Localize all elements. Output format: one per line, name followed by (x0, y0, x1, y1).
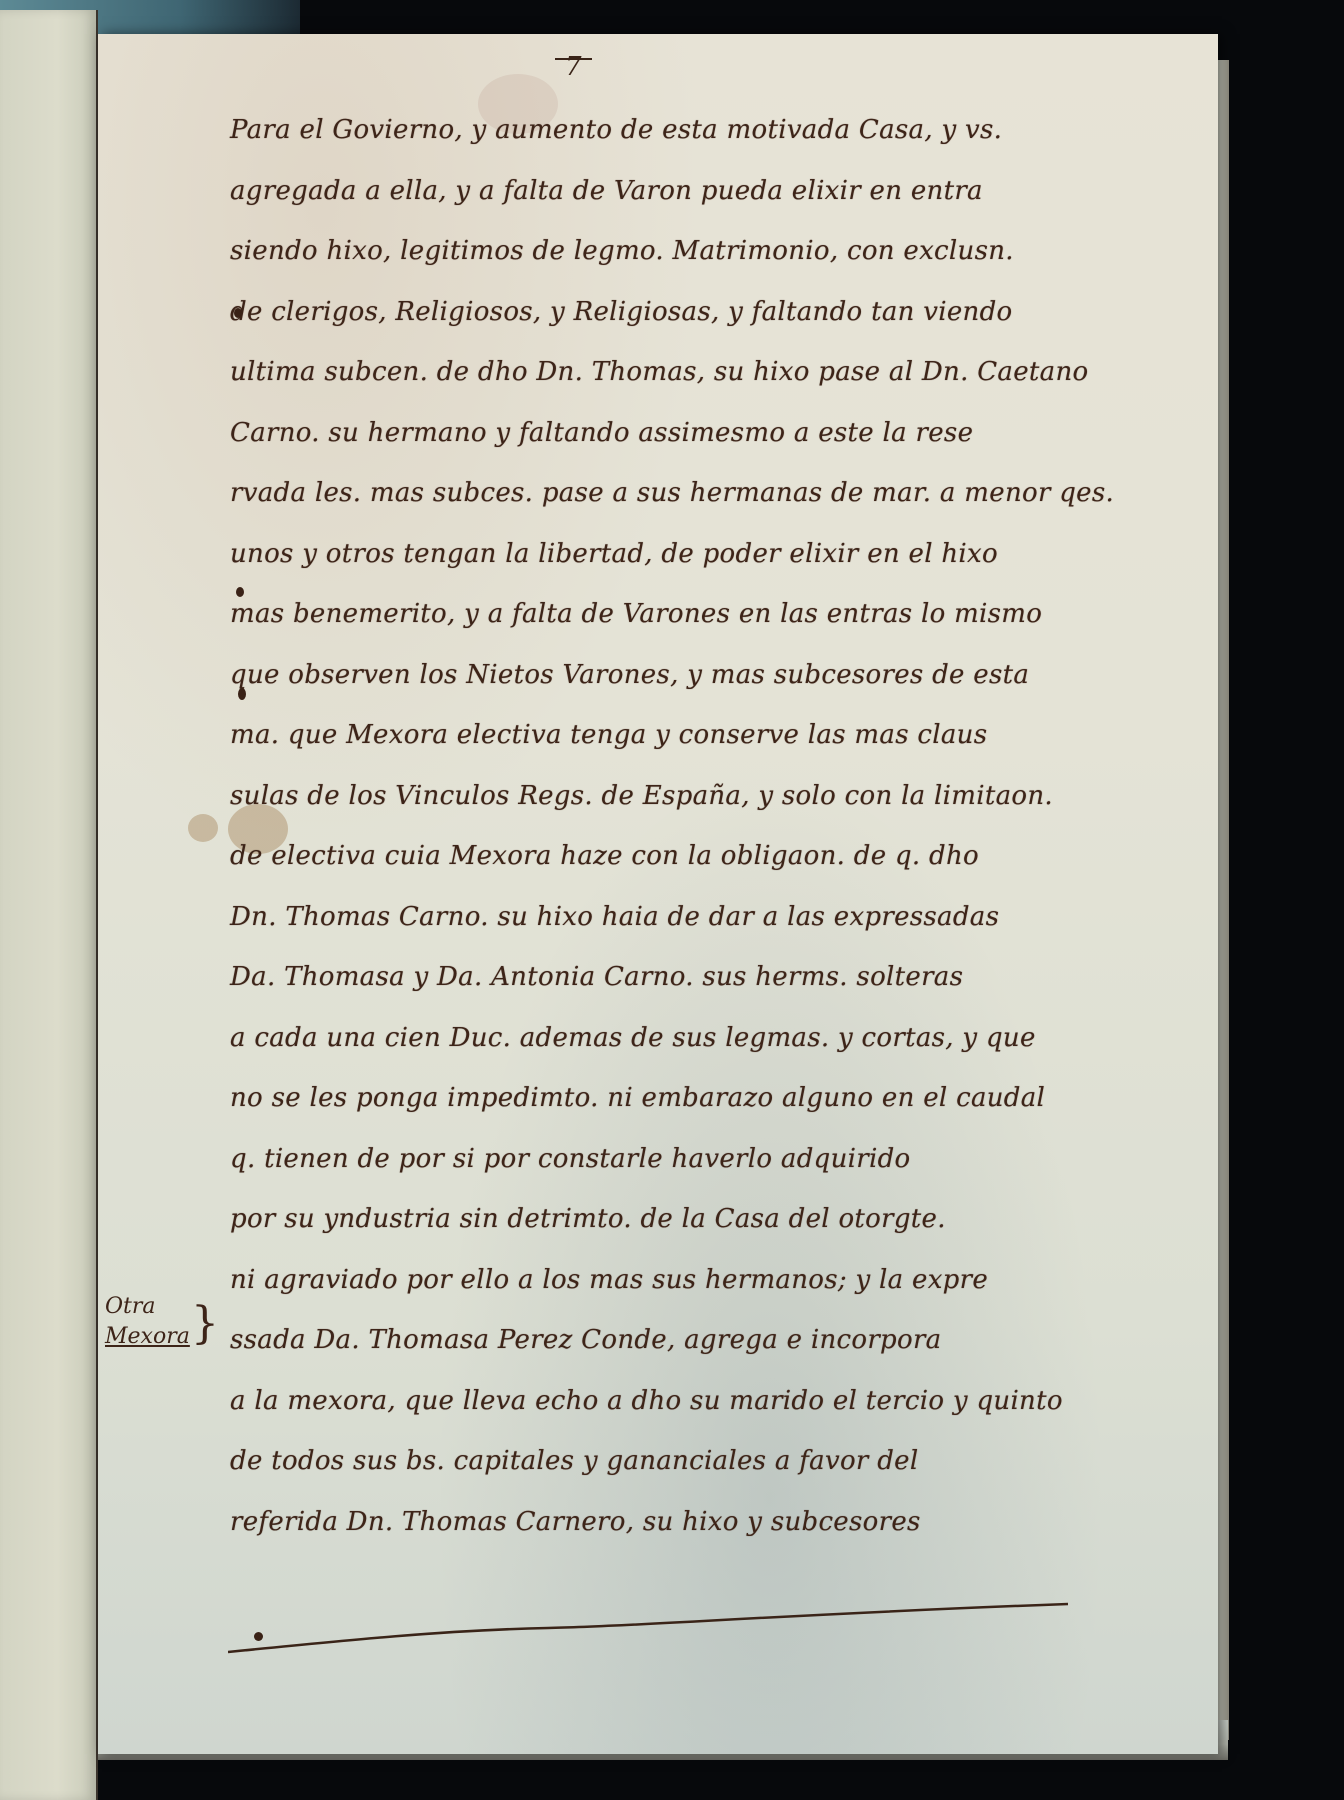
text-line: ultima subcen. de dho Dn. Thomas, su hix… (230, 342, 1080, 403)
ink-blot (238, 688, 246, 700)
closing-flourish-line (228, 1600, 1068, 1660)
text-line: por su yndustria sin detrimto. de la Cas… (230, 1189, 1080, 1250)
text-line: referida Dn. Thomas Carnero, su hixo y s… (230, 1492, 1080, 1553)
ink-blot (254, 1632, 263, 1641)
margin-brace: } (191, 1302, 219, 1346)
ink-blot (236, 587, 244, 597)
margin-note-line-1: Otra (105, 1292, 190, 1322)
text-line: Dn. Thomas Carno. su hixo haia de dar a … (230, 887, 1080, 948)
text-line: sulas de los Vinculos Regs. de España, y… (230, 766, 1080, 827)
margin-note-line-2: Mexora (105, 1322, 190, 1352)
folio-number: 7 (555, 58, 592, 74)
manuscript-photo: 7 Para el Govierno, y aumento de esta mo… (0, 0, 1344, 1800)
text-line: que observen los Nietos Varones, y mas s… (230, 645, 1080, 706)
left-facing-page (0, 10, 98, 1800)
text-line: q. tienen de por si por constarle haverl… (230, 1129, 1080, 1190)
text-line: de electiva cuia Mexora haze con la obli… (230, 826, 1080, 887)
margin-note: Otra Mexora } (105, 1292, 190, 1352)
manuscript-text: Para el Govierno, y aumento de esta moti… (230, 100, 1080, 1552)
text-line: de todos sus bs. capitales y gananciales… (230, 1431, 1080, 1492)
text-line: ni agraviado por ello a los mas sus herm… (230, 1250, 1080, 1311)
text-line: ssada Da. Thomasa Perez Conde, agrega e … (230, 1310, 1080, 1371)
text-line: unos y otros tengan la libertad, de pode… (230, 524, 1080, 585)
text-line: mas benemerito, y a falta de Varones en … (230, 584, 1080, 645)
text-line: agregada a ella, y a falta de Varon pued… (230, 161, 1080, 222)
text-line: de clerigos, Religiosos, y Religiosas, y… (230, 282, 1080, 343)
text-line: siendo hixo, legitimos de legmo. Matrimo… (230, 221, 1080, 282)
text-line: a la mexora, que lleva echo a dho su mar… (230, 1371, 1080, 1432)
text-line: Para el Govierno, y aumento de esta moti… (230, 100, 1080, 161)
text-line: Carno. su hermano y faltando assimesmo a… (230, 403, 1080, 464)
text-line: ma. que Mexora electiva tenga y conserve… (230, 705, 1080, 766)
text-line: a cada una cien Duc. ademas de sus legma… (230, 1008, 1080, 1069)
water-stain (188, 814, 218, 842)
text-line: rvada les. mas subces. pase a sus herman… (230, 463, 1080, 524)
text-line: no se les ponga impedimto. ni embarazo a… (230, 1068, 1080, 1129)
text-line: Da. Thomasa y Da. Antonia Carno. sus her… (230, 947, 1080, 1008)
ink-blot (234, 308, 242, 318)
